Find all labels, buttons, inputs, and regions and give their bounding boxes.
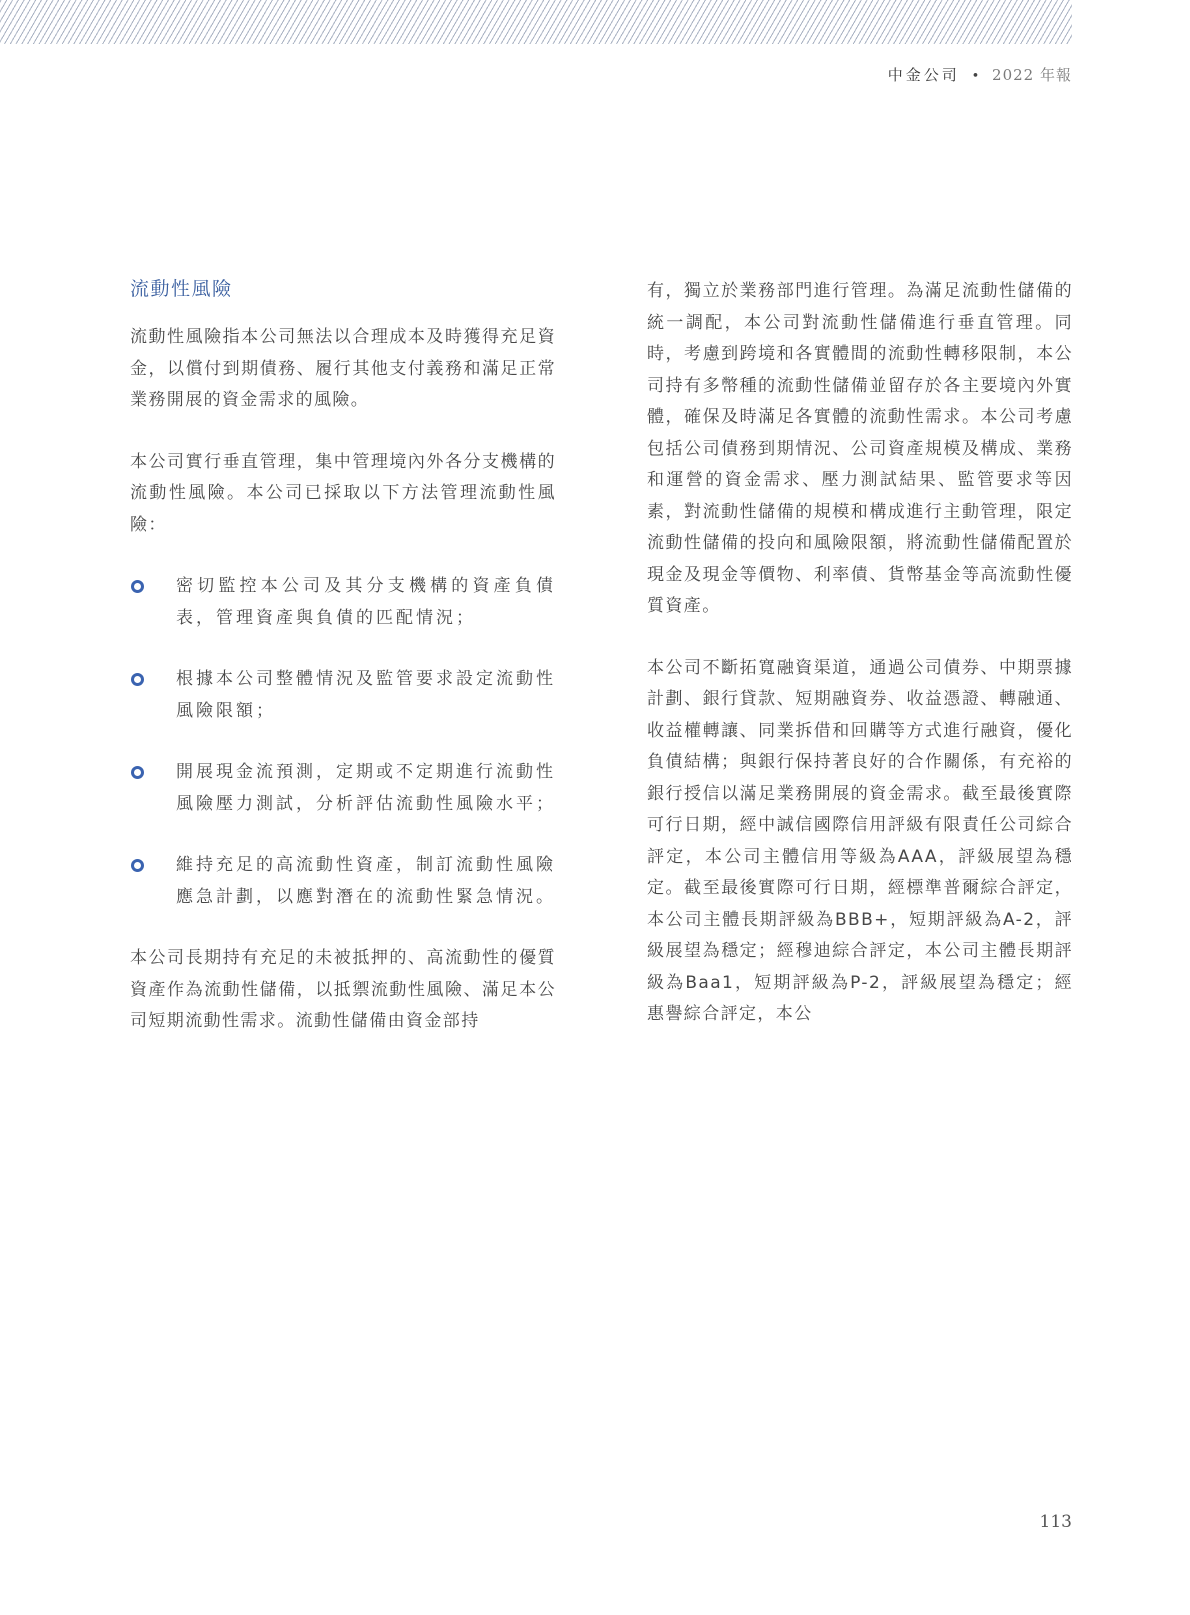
list-item: 開展現金流預測，定期或不定期進行流動性風險壓力測試，分析評估流動性風險水平；	[130, 757, 556, 820]
paragraph: 有，獨立於業務部門進行管理。為滿足流動性儲備的統一調配，本公司對流動性儲備進行垂…	[647, 276, 1073, 623]
list-item-text: 開展現金流預測，定期或不定期進行流動性風險壓力測試，分析評估流動性風險水平；	[176, 762, 556, 814]
page-number: 113	[1040, 1512, 1072, 1532]
list-item-text: 密切監控本公司及其分支機構的資產負債表，管理資產與負債的匹配情況；	[176, 576, 556, 628]
paragraph: 本公司長期持有充足的未被抵押的、高流動性的優質資產作為流動性儲備，以抵禦流動性風…	[130, 943, 556, 1038]
paragraph: 流動性風險指本公司無法以合理成本及時獲得充足資金，以償付到期債務、履行其他支付義…	[130, 322, 556, 417]
header-year-report: 2022 年報	[992, 66, 1072, 84]
ring-bullet-icon	[131, 673, 144, 686]
list-item: 根據本公司整體情況及監管要求設定流動性風險限額；	[130, 664, 556, 727]
header-separator: •	[972, 69, 981, 84]
left-column: 流動性風險 流動性風險指本公司無法以合理成本及時獲得充足資金，以償付到期債務、履…	[130, 276, 556, 1068]
paragraph: 本公司實行垂直管理，集中管理境內外各分支機構的流動性風險。本公司已採取以下方法管…	[130, 447, 556, 542]
right-column: 有，獨立於業務部門進行管理。為滿足流動性儲備的統一調配，本公司對流動性儲備進行垂…	[647, 276, 1073, 1061]
bullet-list: 密切監控本公司及其分支機構的資產負債表，管理資產與負債的匹配情況； 根據本公司整…	[130, 571, 556, 913]
list-item-text: 維持充足的高流動性資產，制訂流動性風險應急計劃，以應對潛在的流動性緊急情況。	[176, 855, 556, 907]
list-item-text: 根據本公司整體情況及監管要求設定流動性風險限額；	[176, 669, 556, 721]
ring-bullet-icon	[131, 766, 144, 779]
decorative-hatch-band	[0, 0, 1072, 44]
list-item: 密切監控本公司及其分支機構的資產負債表，管理資產與負債的匹配情況；	[130, 571, 556, 634]
header-company: 中金公司	[888, 66, 960, 84]
running-header: 中金公司 • 2022 年報	[888, 64, 1072, 85]
ring-bullet-icon	[131, 580, 144, 593]
list-item: 維持充足的高流動性資產，制訂流動性風險應急計劃，以應對潛在的流動性緊急情況。	[130, 850, 556, 913]
paragraph: 本公司不斷拓寬融資渠道，通過公司債券、中期票據計劃、銀行貸款、短期融資券、收益憑…	[647, 653, 1073, 1031]
section-title: 流動性風險	[130, 276, 556, 302]
ring-bullet-icon	[131, 859, 144, 872]
